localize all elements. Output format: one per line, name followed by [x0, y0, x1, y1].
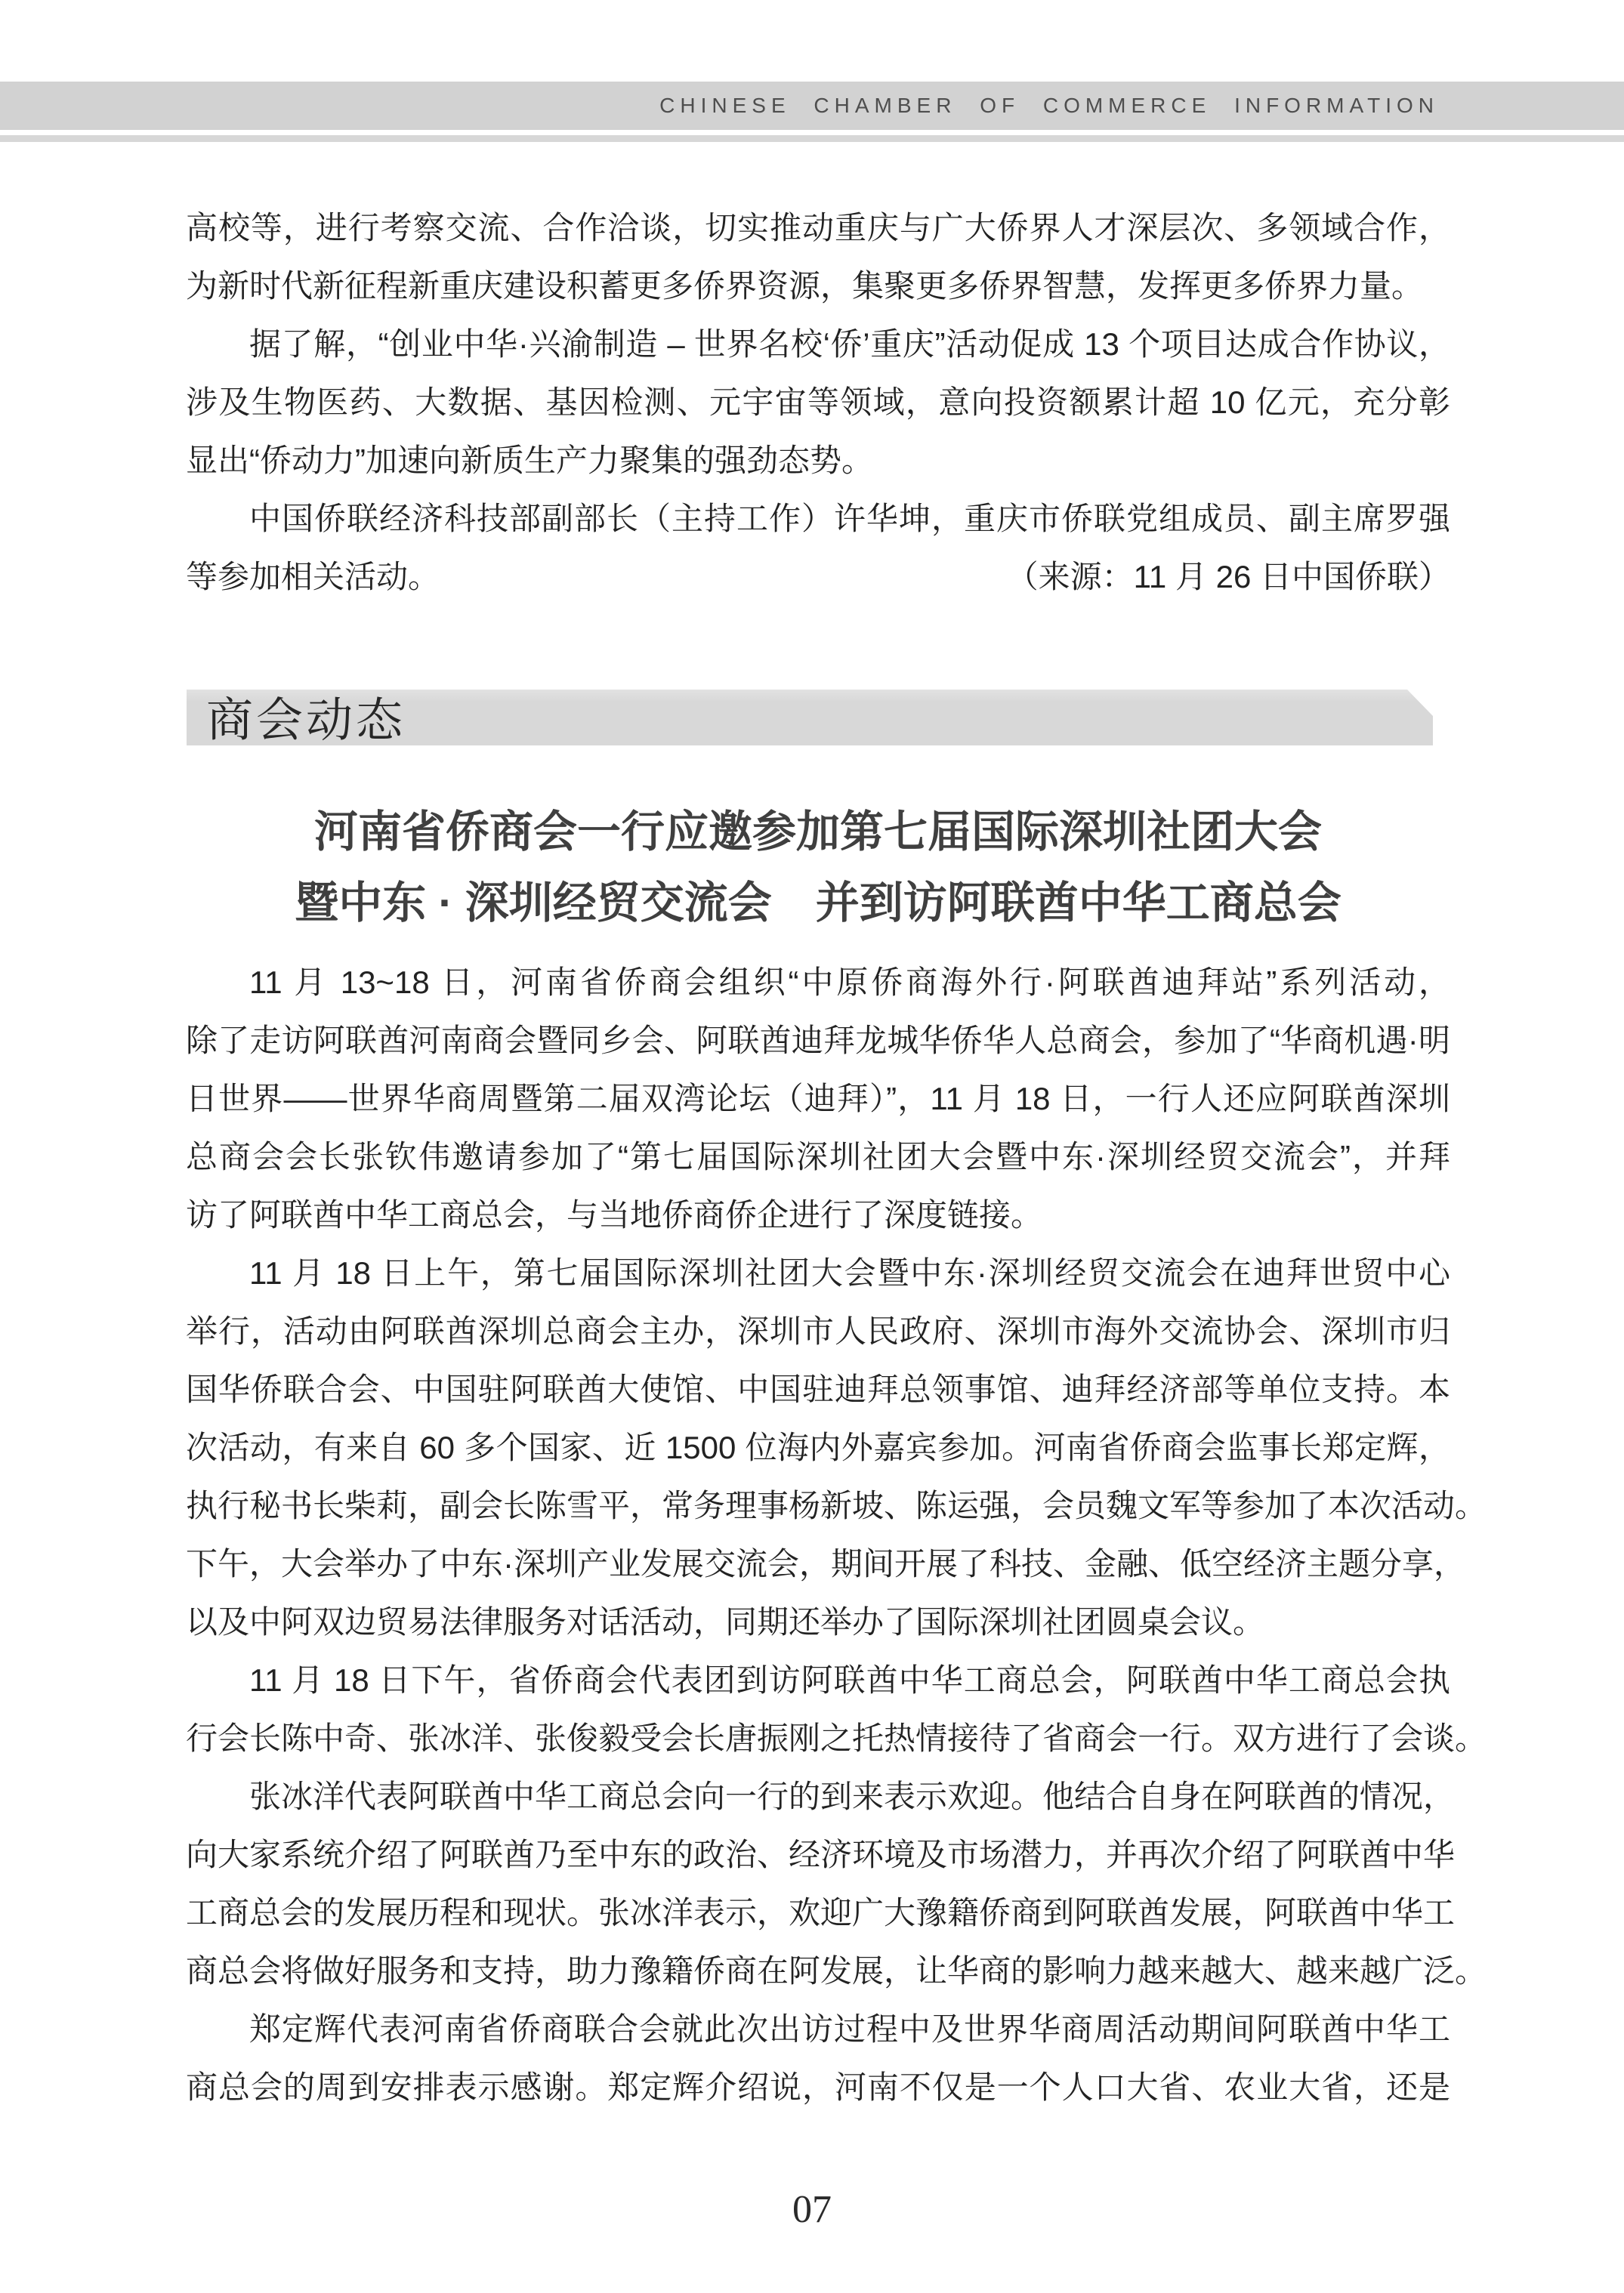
text-line: 向大家系统介绍了阿联酋乃至中东的政治、经济环境及市场潜力，并再次介绍了阿联酋中华 [186, 1825, 1450, 1884]
text-line: 以及中阿双边贸易法律服务对话活动，同期还举办了国际深圳社团圆桌会议。 [186, 1593, 1450, 1651]
article-2-title: 河南省侨商会一行应邀参加第七届国际深圳社团大会 暨中东 · 深圳经贸交流会 并到… [186, 797, 1450, 939]
header-band: CHINESE CHAMBER OF COMMERCE INFORMATION [0, 82, 1624, 130]
text-line: 等参加相关活动。（来源：11 月 26 日中国侨联） [186, 548, 1450, 606]
header-banner-text: CHINESE CHAMBER OF COMMERCE INFORMATION [659, 94, 1439, 118]
page-number: 07 [0, 2187, 1624, 2232]
text-line: 下午，大会举办了中东·深圳产业发展交流会，期间开展了科技、金融、低空经济主题分享… [186, 1535, 1450, 1593]
text-line: 商总会的周到安排表示感谢。郑定辉介绍说，河南不仅是一个人口大省、农业大省，还是 [186, 2058, 1450, 2116]
text-line: 据了解，“创业中华·兴渝制造 – 世界名校‘侨’重庆”活动促成 13 个项目达成… [186, 315, 1450, 373]
text-line: 11 月 13~18 日，河南省侨商会组织“中原侨商海外行·阿联酋迪拜站”系列活… [186, 953, 1450, 1011]
text-line: 国华侨联合会、中国驻阿联酋大使馆、中国驻迪拜总领事馆、迪拜经济部等单位支持。本 [186, 1360, 1450, 1418]
header-rule [0, 135, 1624, 142]
text-line: 除了走访阿联酋河南商会暨同乡会、阿联酋迪拜龙城华侨华人总商会，参加了“华商机遇·… [186, 1011, 1450, 1069]
article-2-body: 11 月 13~18 日，河南省侨商会组织“中原侨商海外行·阿联酋迪拜站”系列活… [186, 953, 1450, 2116]
text-line: 显出“侨动力”加速向新质生产力聚集的强劲态势。 [186, 431, 1450, 489]
text-line: 11 月 18 日上午，第七届国际深圳社团大会暨中东·深圳经贸交流会在迪拜世贸中… [186, 1244, 1450, 1302]
text-line: 次活动，有来自 60 多个国家、近 1500 位海内外嘉宾参加。河南省侨商会监事… [186, 1418, 1450, 1477]
text-line: 张冰洋代表阿联酋中华工商总会向一行的到来表示欢迎。他结合自身在阿联酋的情况， [186, 1767, 1450, 1825]
line-source-text: （来源：11 月 26 日中国侨联） [1007, 548, 1450, 606]
text-line: 商总会将做好服务和支持，助力豫籍侨商在阿发展，让华商的影响力越来越大、越来越广泛… [186, 1942, 1450, 2000]
text-line: 11 月 18 日下午，省侨商会代表团到访阿联酋中华工商总会，阿联酋中华工商总会… [186, 1651, 1450, 1709]
article-1-body: 高校等，进行考察交流、合作洽谈，切实推动重庆与广大侨界人才深层次、多领域合作，为… [186, 199, 1450, 606]
text-line: 日世界——世界华商周暨第二届双湾论坛（迪拜）”，11 月 18 日，一行人还应阿… [186, 1069, 1450, 1128]
text-line: 中国侨联经济科技部副部长（主持工作）许华坤，重庆市侨联党组成员、副主席罗强 [186, 489, 1450, 548]
article-2-title-line-1: 河南省侨商会一行应邀参加第七届国际深圳社团大会 [186, 797, 1450, 868]
section-header-ribbon: 商会动态 [187, 690, 1433, 745]
document-page: CHINESE CHAMBER OF COMMERCE INFORMATION … [0, 0, 1624, 2293]
text-line: 工商总会的发展历程和现状。张冰洋表示，欢迎广大豫籍侨商到阿联酋发展，阿联酋中华工 [186, 1884, 1450, 1942]
text-line: 高校等，进行考察交流、合作洽谈，切实推动重庆与广大侨界人才深层次、多领域合作， [186, 199, 1450, 257]
section-title: 商会动态 [206, 683, 406, 750]
article-2-title-line-2: 暨中东 · 深圳经贸交流会 并到访阿联酋中华工商总会 [186, 868, 1450, 939]
text-line: 行会长陈中奇、张冰洋、张俊毅受会长唐振刚之托热情接待了省商会一行。双方进行了会谈… [186, 1709, 1450, 1767]
line-left-text: 等参加相关活动。 [186, 548, 440, 606]
text-line: 举行，活动由阿联酋深圳总商会主办，深圳市人民政府、深圳市海外交流协会、深圳市归 [186, 1302, 1450, 1360]
text-line: 访了阿联酋中华工商总会，与当地侨商侨企进行了深度链接。 [186, 1186, 1450, 1244]
text-line: 为新时代新征程新重庆建设积蓄更多侨界资源，集聚更多侨界智慧，发挥更多侨界力量。 [186, 257, 1450, 315]
text-line: 总商会会长张钦伟邀请参加了“第七届国际深圳社团大会暨中东·深圳经贸交流会”，并拜 [186, 1128, 1450, 1186]
text-line: 郑定辉代表河南省侨商联合会就此次出访过程中及世界华商周活动期间阿联酋中华工 [186, 2000, 1450, 2058]
text-line: 执行秘书长柴莉，副会长陈雪平，常务理事杨新坡、陈运强，会员魏文军等参加了本次活动… [186, 1477, 1450, 1535]
text-line: 涉及生物医药、大数据、基因检测、元宇宙等领域，意向投资额累计超 10 亿元，充分… [186, 373, 1450, 431]
